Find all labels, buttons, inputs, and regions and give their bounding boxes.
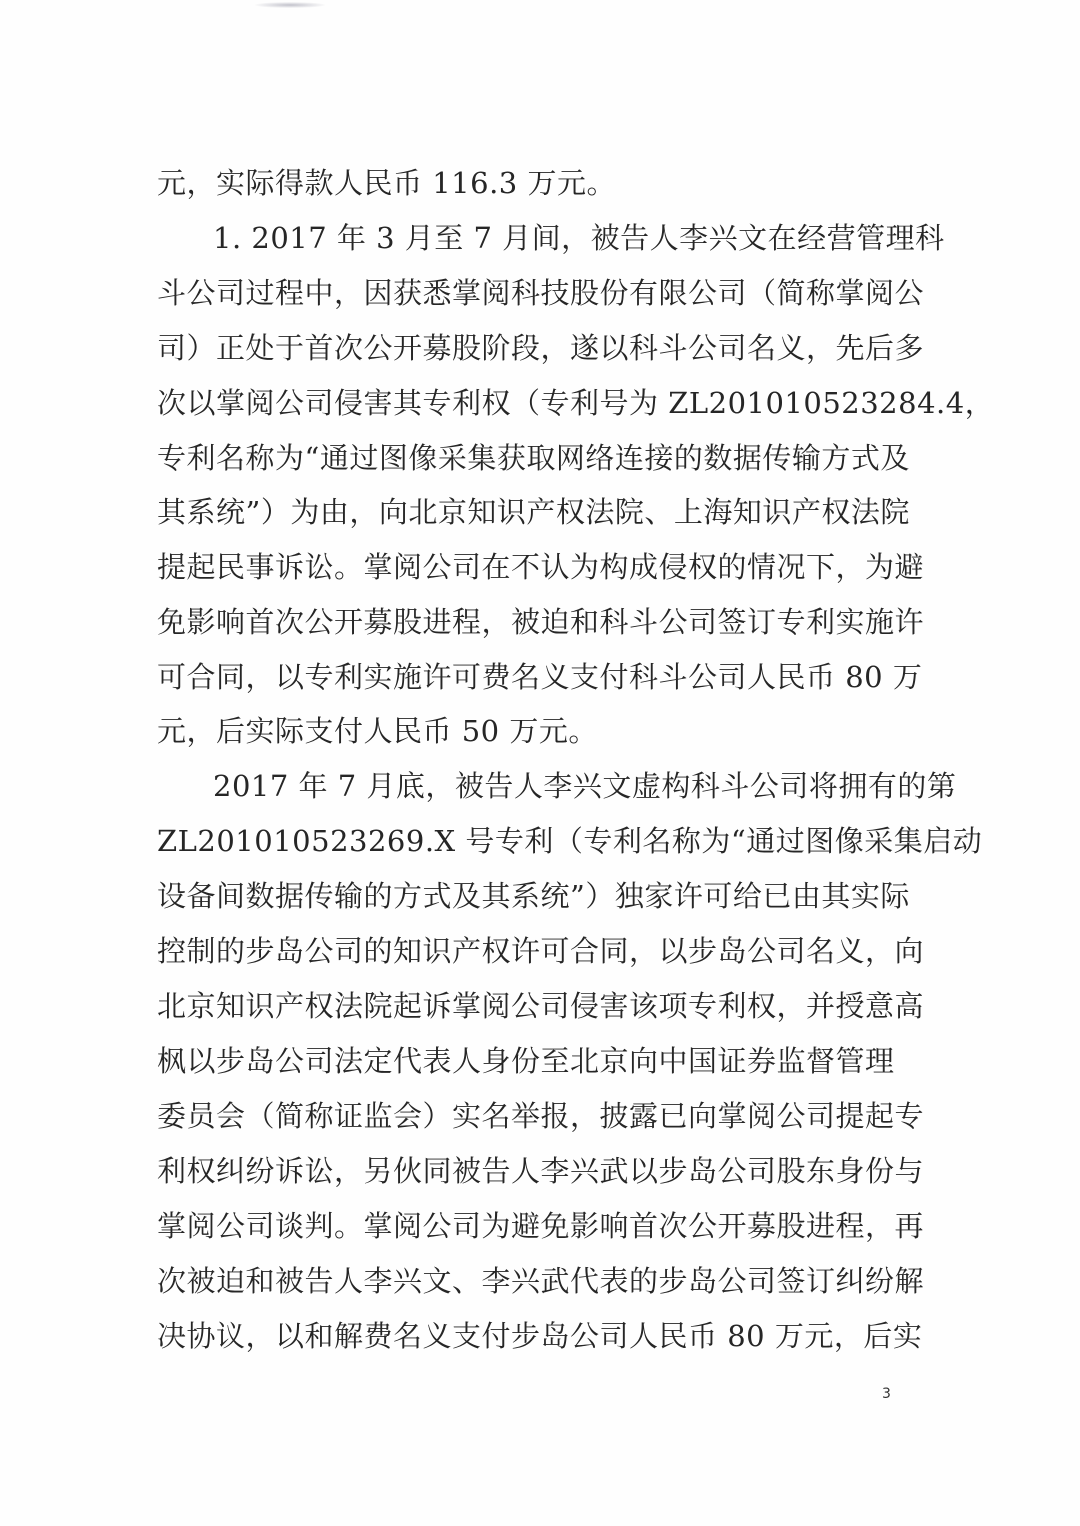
- text-line: 司）正处于首次公开募股阶段，遂以科斗公司名义，先后多: [157, 328, 892, 368]
- text-line: 次被迫和被告人李兴文、李兴武代表的步岛公司签订纠纷解: [157, 1261, 892, 1301]
- text-line: 次以掌阅公司侵害其专利权（专利号为 ZL201010523284.4，: [157, 383, 892, 423]
- text-line: ZL201010523269.X 号专利（专利名称为“通过图像采集启动: [157, 821, 892, 861]
- text-line: 设备间数据传输的方式及其系统”）独家许可给已由其实际: [157, 876, 892, 916]
- text-line: 控制的步岛公司的知识产权许可合同，以步岛公司名义，向: [157, 931, 892, 971]
- text-line: 决协议，以和解费名义支付步岛公司人民币 80 万元，后实: [157, 1316, 892, 1356]
- text-line: 2017 年 7 月底，被告人李兴文虚构科斗公司将拥有的第: [213, 766, 892, 806]
- text-line: 利权纠纷诉讼，另伙同被告人李兴武以步岛公司股东身份与: [157, 1151, 892, 1191]
- document-page: 元，实际得款人民币 116.3 万元。 1. 2017 年 3 月至 7 月间，…: [0, 0, 1080, 1526]
- text-line: 委员会（简称证监会）实名举报，披露已向掌阅公司提起专: [157, 1096, 892, 1136]
- text-line: 其系统”）为由，向北京知识产权法院、上海知识产权法院: [157, 492, 892, 532]
- text-line: 专利名称为“通过图像采集获取网络连接的数据传输方式及: [157, 438, 892, 478]
- text-line: 元，后实际支付人民币 50 万元。: [157, 711, 892, 751]
- text-line: 可合同，以专利实施许可费名义支付科斗公司人民币 80 万: [157, 657, 892, 697]
- text-line: 北京知识产权法院起诉掌阅公司侵害该项专利权，并授意高: [157, 986, 892, 1026]
- text-line: 斗公司过程中，因获悉掌阅科技股份有限公司（简称掌阅公: [157, 273, 892, 313]
- text-line: 1. 2017 年 3 月至 7 月间，被告人李兴文在经营管理科: [213, 218, 892, 258]
- text-line: 免影响首次公开募股进程，被迫和科斗公司签订专利实施许: [157, 602, 892, 642]
- text-line: 掌阅公司谈判。掌阅公司为避免影响首次公开募股进程，再: [157, 1206, 892, 1246]
- text-line: 枫以步岛公司法定代表人身份至北京向中国证券监督管理: [157, 1041, 892, 1081]
- scan-artifact: [255, 2, 325, 8]
- text-line: 提起民事诉讼。掌阅公司在不认为构成侵权的情况下，为避: [157, 547, 892, 587]
- text-line: 元，实际得款人民币 116.3 万元。: [157, 163, 892, 203]
- page-number: 3: [882, 1386, 891, 1402]
